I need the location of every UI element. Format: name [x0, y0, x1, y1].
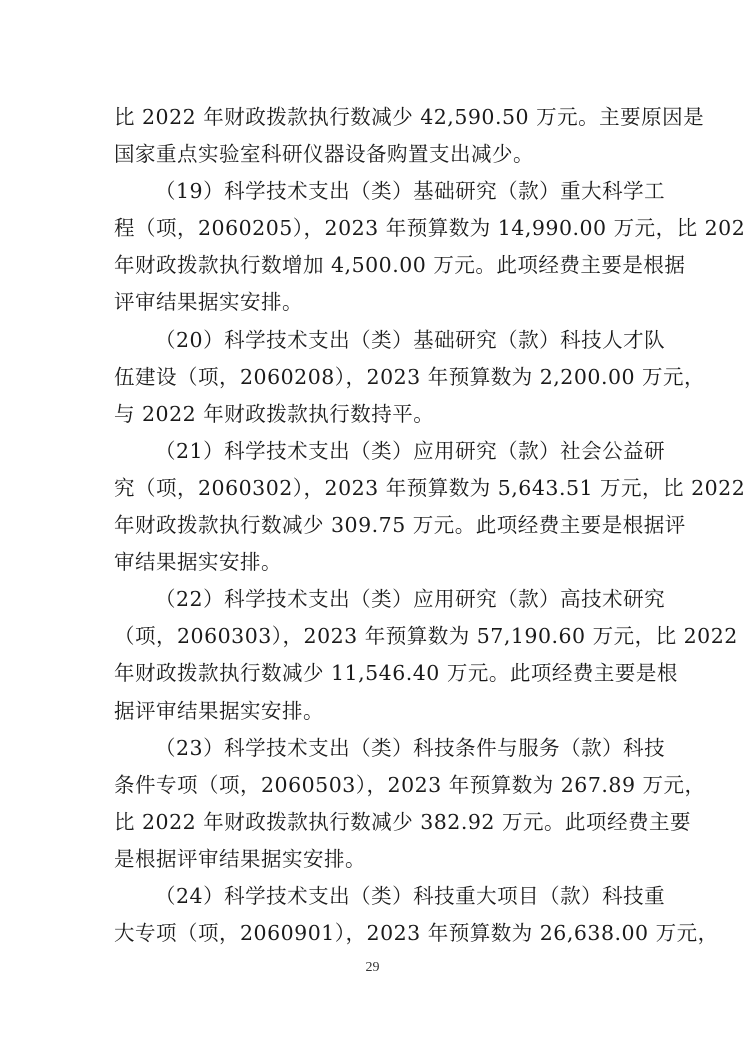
text-line: 年财政拨款执行数减少 11,546.40 万元。此项经费主要是根 [114, 655, 634, 692]
text-line: （19）科学技术支出（类）基础研究（款）重大科学工 [114, 173, 634, 210]
paragraph-18-continuation: 比 2022 年财政拨款执行数减少 42,590.50 万元。主要原因是 国家重… [114, 99, 634, 173]
text-line: 国家重点实验室科研仪器设备购置支出减少。 [114, 136, 634, 173]
paragraph-23: （23）科学技术支出（类）科技条件与服务（款）科技 条件专项（项，2060503… [114, 730, 634, 878]
text-line: 程（项，2060205），2023 年预算数为 14,990.00 万元，比 2… [114, 210, 634, 247]
text-line: 是根据评审结果据实安排。 [114, 841, 634, 878]
text-line: 年财政拨款执行数减少 309.75 万元。此项经费主要是根据评 [114, 507, 634, 544]
text-line: 比 2022 年财政拨款执行数减少 382.92 万元。此项经费主要 [114, 804, 634, 841]
text-line: 与 2022 年财政拨款执行数持平。 [114, 396, 634, 433]
text-line: （24）科学技术支出（类）科技重大项目（款）科技重 [114, 878, 634, 915]
paragraph-24: （24）科学技术支出（类）科技重大项目（款）科技重 大专项（项，2060901）… [114, 878, 634, 952]
text-line: 比 2022 年财政拨款执行数减少 42,590.50 万元。主要原因是 [114, 99, 634, 136]
text-line: 审结果据实安排。 [114, 544, 634, 581]
text-line: 评审结果据实安排。 [114, 284, 634, 321]
text-line: 据评审结果据实安排。 [114, 693, 634, 730]
text-line: 究（项，2060302），2023 年预算数为 5,643.51 万元，比 20… [114, 470, 634, 507]
paragraph-20: （20）科学技术支出（类）基础研究（款）科技人才队 伍建设（项，2060208）… [114, 322, 634, 433]
page-number: 29 [0, 960, 745, 976]
paragraph-19: （19）科学技术支出（类）基础研究（款）重大科学工 程（项，2060205），2… [114, 173, 634, 321]
text-line: 年财政拨款执行数增加 4,500.00 万元。此项经费主要是根据 [114, 247, 634, 284]
paragraph-22: （22）科学技术支出（类）应用研究（款）高技术研究 （项，2060303），20… [114, 581, 634, 729]
text-line: 条件专项（项，2060503），2023 年预算数为 267.89 万元， [114, 767, 634, 804]
text-line: 大专项（项，2060901），2023 年预算数为 26,638.00 万元， [114, 915, 634, 952]
paragraph-21: （21）科学技术支出（类）应用研究（款）社会公益研 究（项，2060302），2… [114, 433, 634, 581]
text-line: （23）科学技术支出（类）科技条件与服务（款）科技 [114, 730, 634, 767]
document-page: 比 2022 年财政拨款执行数减少 42,590.50 万元。主要原因是 国家重… [114, 99, 634, 952]
text-line: （22）科学技术支出（类）应用研究（款）高技术研究 [114, 581, 634, 618]
text-line: （20）科学技术支出（类）基础研究（款）科技人才队 [114, 322, 634, 359]
text-line: （21）科学技术支出（类）应用研究（款）社会公益研 [114, 433, 634, 470]
text-line: 伍建设（项，2060208），2023 年预算数为 2,200.00 万元， [114, 359, 634, 396]
text-line: （项，2060303），2023 年预算数为 57,190.60 万元，比 20… [114, 618, 634, 655]
